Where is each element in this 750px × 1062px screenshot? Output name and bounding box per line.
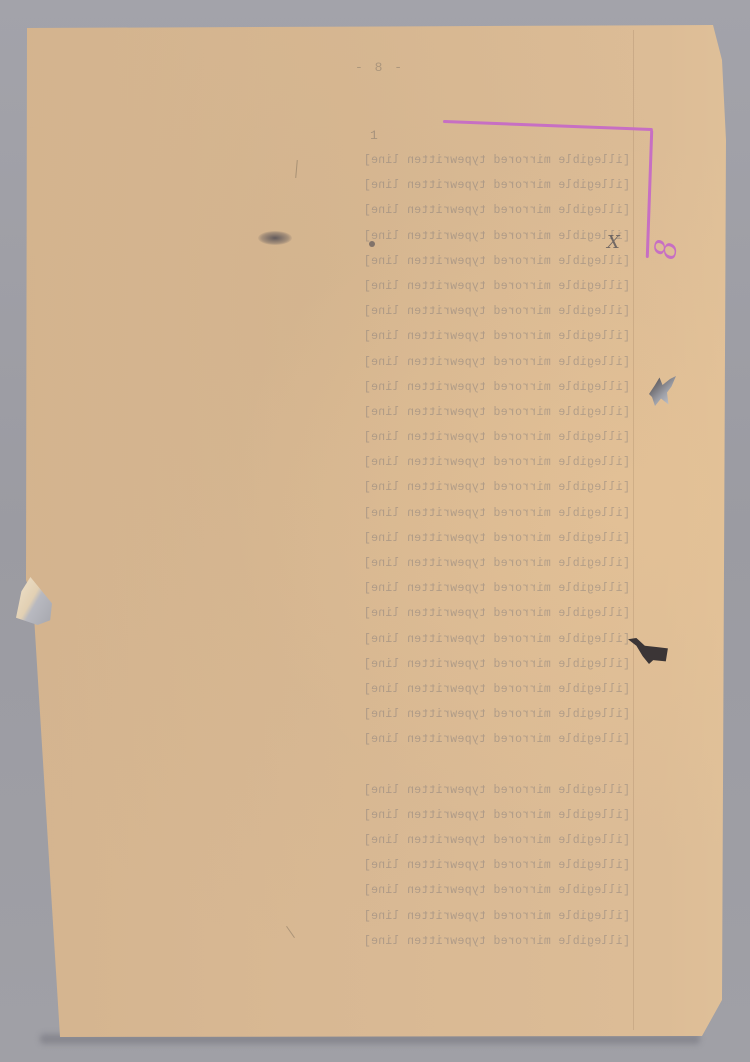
text-line: [illegible mirrored typewritten line] <box>60 224 630 249</box>
text-line: [illegible mirrored typewritten line] <box>60 677 630 702</box>
text-line: [illegible mirrored typewritten line] <box>60 904 630 929</box>
text-line: [illegible mirrored typewritten line] <box>60 501 630 526</box>
text-line: [illegible mirrored typewritten line] <box>60 425 630 450</box>
text-line: [illegible mirrored typewritten line] <box>60 627 630 652</box>
text-line: [illegible mirrored typewritten line] <box>60 198 630 223</box>
text-line: [illegible mirrored typewritten line] <box>60 576 630 601</box>
text-line: [illegible mirrored typewritten line] <box>60 601 630 626</box>
text-line: [illegible mirrored typewritten line] <box>60 400 630 425</box>
bleed-through-text-block: [illegible mirrored typewritten line] [i… <box>60 148 630 954</box>
text-line: [illegible mirrored typewritten line] <box>60 727 630 752</box>
text-line: [illegible mirrored typewritten line] <box>60 148 630 173</box>
text-line: [illegible mirrored typewritten line] <box>60 274 630 299</box>
paragraph-gap <box>60 753 630 778</box>
text-line: [illegible mirrored typewritten line] <box>60 475 630 500</box>
section-number: 1 <box>370 128 378 143</box>
text-line: [illegible mirrored typewritten line] <box>60 450 630 475</box>
page-header-number: - 8 - <box>355 60 404 75</box>
text-line: [illegible mirrored typewritten line] <box>60 173 630 198</box>
text-line: [illegible mirrored typewritten line] <box>60 652 630 677</box>
text-line: [illegible mirrored typewritten line] <box>60 828 630 853</box>
pencil-mark: X <box>607 232 620 253</box>
text-line: [illegible mirrored typewritten line] <box>60 878 630 903</box>
text-line: [illegible mirrored typewritten line] <box>60 778 630 803</box>
text-line: [illegible mirrored typewritten line] <box>60 350 630 375</box>
text-line: [illegible mirrored typewritten line] <box>60 803 630 828</box>
fold-line <box>633 30 634 1030</box>
text-line: [illegible mirrored typewritten line] <box>60 702 630 727</box>
text-line: [illegible mirrored typewritten line] <box>60 853 630 878</box>
text-line: [illegible mirrored typewritten line] <box>60 324 630 349</box>
text-line: [illegible mirrored typewritten line] <box>60 526 630 551</box>
ink-dot <box>369 241 375 247</box>
text-line: [illegible mirrored typewritten line] <box>60 249 630 274</box>
text-line: [illegible mirrored typewritten line] <box>60 551 630 576</box>
ink-smudge <box>258 231 292 245</box>
text-line: [illegible mirrored typewritten line] <box>60 299 630 324</box>
text-line: [illegible mirrored typewritten line] <box>60 375 630 400</box>
text-line: [illegible mirrored typewritten line] <box>60 929 630 954</box>
